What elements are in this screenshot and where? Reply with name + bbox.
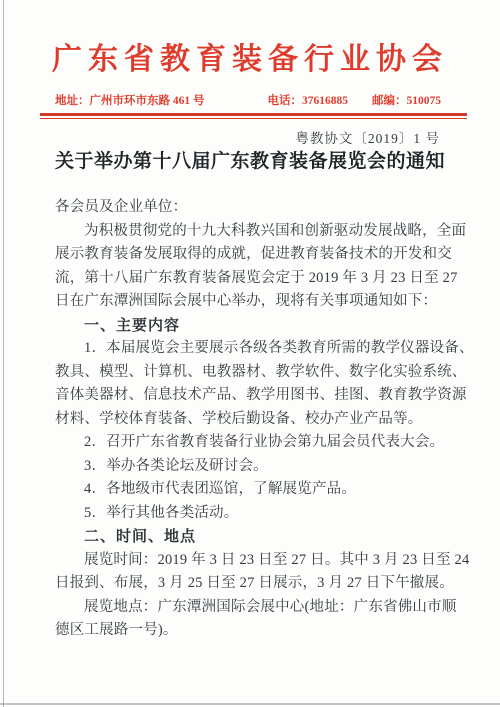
- letterhead-divider: [40, 113, 467, 119]
- body-line: 展示教育装备发展取得的成就，促进教育装备技术的开发和交: [55, 243, 449, 267]
- body-line: 日报到、布展，3 月 25 日至 27 日展示，3 月 27 日下午撤展。: [55, 572, 449, 596]
- letterhead-phone: 电话：37616885: [268, 92, 349, 108]
- scan-edge-left: [3, 0, 4, 707]
- letterhead-contact-right: 电话：37616885 邮编：510075: [268, 92, 442, 108]
- body-line: 音体美器材、信息技术产品、教学用图书、挂图、教育教学资源: [55, 384, 449, 408]
- scan-edge-bottom: [0, 703, 500, 705]
- list-item: 5．举行其他各类活动。: [55, 502, 449, 526]
- letterhead-contact-row: 地址：广州市环市东路 461 号 电话：37616885 邮编：510075: [55, 92, 441, 108]
- letterhead-address: 地址：广州市环市东路 461 号: [55, 92, 205, 108]
- body-line: 流，第十八届广东教育装备展览会定于 2019 年 3 月 23 日至 27: [55, 267, 449, 291]
- list-item: 2．召开广东省教育装备行业协会第九届会员代表大会。: [55, 431, 449, 455]
- scanned-notice-page: 广东省教育装备行业协会 地址：广州市环市东路 461 号 电话：37616885…: [0, 0, 500, 707]
- doc-number: 粤教协文〔2019〕1 号: [295, 127, 440, 147]
- letterhead-postcode: 邮编：510075: [372, 92, 441, 108]
- body-line: 为积极贯彻党的十九大科教兴国和创新驱动发展战略，全面: [55, 220, 449, 244]
- list-item: 4．各地级市代表团巡馆，了解展览产品。: [55, 478, 449, 502]
- letterhead-divider-thin-rule: [40, 118, 467, 119]
- body-line: 日在广东潭洲国际会展中心举办，现将有关事项通知如下：: [55, 290, 449, 314]
- letterhead-org-name: 广东省教育装备行业协会: [0, 34, 500, 78]
- letterhead-divider-thick-rule: [40, 113, 467, 116]
- body-line: 教具、模型、计算机、电教器材、教学软件、数字化实验系统、: [55, 361, 449, 385]
- body-line: 材料、学校体育装备、学校后勤设备、校办产业产品等。: [55, 408, 449, 432]
- section-heading-1: 一、主要内容: [55, 314, 449, 338]
- doc-body: 各会员及企业单位： 为积极贯彻党的十九大科教兴国和创新驱动发展战略，全面 展示教…: [55, 196, 449, 643]
- body-line: 德区工展路一号)。: [55, 619, 449, 643]
- body-line: 展览时间：2019 年 3 日 23 日至 27 日。其中 3 月 23 日至 …: [55, 549, 449, 573]
- section-heading-2: 二、时间、地点: [55, 525, 449, 549]
- list-item: 1．本届展览会主要展示各级各类教育所需的教学仪器设备、: [55, 337, 449, 361]
- doc-title: 关于举办第十八届广东教育装备展览会的通知: [0, 146, 500, 173]
- list-item: 3．举办各类论坛及研讨会。: [55, 455, 449, 479]
- body-line: 展览地点：广东潭洲国际会展中心(地址：广东省佛山市顺: [55, 596, 449, 620]
- salutation-line: 各会员及企业单位：: [55, 196, 449, 220]
